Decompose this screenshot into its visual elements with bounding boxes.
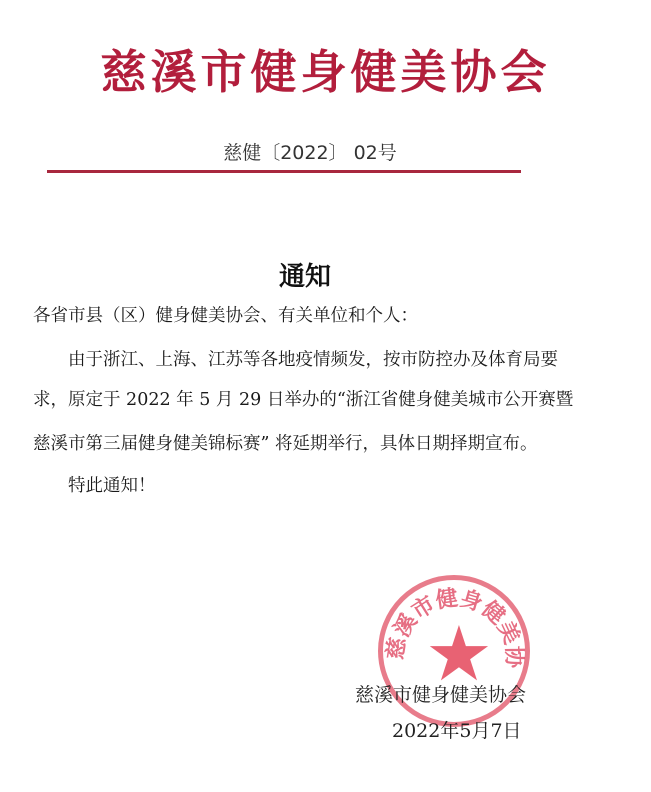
notice-title: 通知 (0, 256, 610, 293)
signature-date: 2022年5月7日 (392, 716, 522, 743)
organization-title: 慈溪市健身健美协会 (0, 36, 651, 102)
salutation: 各省市县（区）健身健美协会、有关单位和个人： (33, 302, 418, 327)
body-line-2: 求，原定于 2022 年 5 月 29 日举办的“浙江省健身健美城市公开赛暨 (33, 386, 573, 411)
body-line-3: 慈溪市第三届健身健美锦标赛” 将延期举行，具体日期择期宣布。 (33, 430, 538, 455)
closing-line: 特此通知！ (68, 472, 156, 497)
document-number: 慈健〔2022〕 02号 (0, 138, 620, 165)
signature-organization: 慈溪市健身健美协会 (355, 680, 526, 707)
red-divider (47, 170, 521, 173)
body-line-1: 由于浙江、上海、江苏等各地疫情频发，按市防控办及体育局要 (68, 346, 558, 371)
